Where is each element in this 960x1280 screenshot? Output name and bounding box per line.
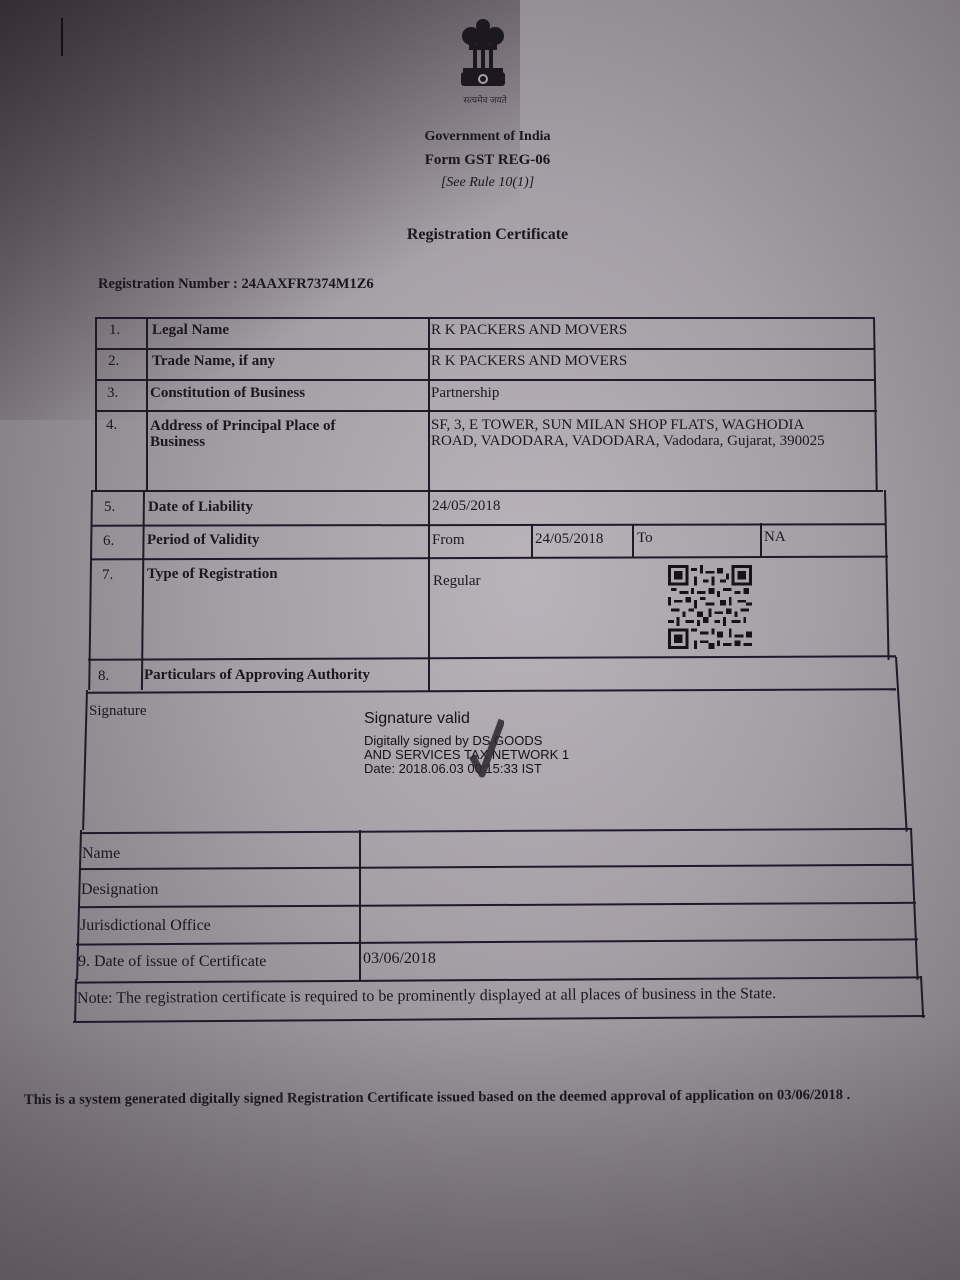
certificate-title: Registration Certificate — [0, 226, 960, 244]
type-of-registration-value: Regular — [433, 573, 480, 590]
validity-to-value: NA — [764, 529, 786, 546]
signature-status: Signature valid — [364, 710, 569, 728]
validity-from-value: 24/05/2018 — [535, 531, 603, 548]
row-number: 6. — [103, 533, 114, 550]
registration-number-label: Registration Number : — [98, 276, 238, 292]
authority-name-label: Name — [82, 845, 120, 863]
address-label-line2: Business — [150, 434, 336, 450]
checkmark-icon — [468, 716, 504, 780]
period-of-validity-label: Period of Validity — [147, 532, 260, 549]
validity-to-label: To — [637, 530, 653, 547]
signature-line3: Date: 2018.06.03 00:15:33 IST — [364, 762, 569, 776]
date-of-liability-value: 24/05/2018 — [432, 498, 500, 515]
address-value-line2: ROAD, VADODARA, VADODARA, Vadodara, Guja… — [431, 433, 825, 449]
row-number: 2. — [108, 353, 119, 370]
display-note: Note: The registration certificate is re… — [77, 985, 776, 1008]
national-emblem-icon — [455, 16, 511, 92]
photo-shadow-bottom — [0, 1020, 960, 1280]
signature-details: Digitally signed by DS GOODS AND SERVICE… — [364, 734, 569, 776]
date-of-issue-value: 03/06/2018 — [363, 950, 436, 968]
digital-signature: Signature valid Digitally signed by DS G… — [364, 710, 569, 776]
address-value: SF, 3, E TOWER, SUN MILAN SHOP FLATS, WA… — [431, 417, 825, 449]
row-number: 8. — [98, 668, 109, 685]
date-of-liability-label: Date of Liability — [148, 499, 253, 516]
row-number: 5. — [104, 499, 115, 516]
legal-name-label: Legal Name — [152, 322, 229, 339]
constitution-label: Constitution of Business — [150, 385, 305, 402]
row-number: 1. — [109, 322, 120, 339]
pen-mark — [61, 18, 63, 56]
qr-code-icon — [667, 565, 753, 649]
registration-number-value: 24AAXFR7374M1Z6 — [242, 276, 374, 292]
system-generated-footer: This is a system generated digitally sig… — [24, 1087, 850, 1109]
trade-name-label: Trade Name, if any — [152, 353, 275, 370]
authority-designation-label: Designation — [81, 881, 158, 899]
national-motto: सत्यमेव जयते — [440, 93, 530, 106]
address-label: Address of Principal Place of Business — [150, 418, 336, 450]
registration-number: Registration Number : 24AAXFR7374M1Z6 — [98, 276, 374, 293]
type-of-registration-label: Type of Registration — [147, 566, 278, 583]
constitution-value: Partnership — [431, 385, 499, 402]
date-of-issue-label: 9. Date of issue of Certificate — [78, 953, 266, 971]
signature-line2: AND SERVICES TAX NETWORK 1 — [364, 748, 569, 762]
legal-name-value: R K PACKERS AND MOVERS — [431, 322, 627, 339]
jurisdictional-office-label: Jurisdictional Office — [80, 917, 211, 935]
trade-name-value: R K PACKERS AND MOVERS — [431, 353, 627, 370]
rule-reference: [See Rule 10(1)] — [0, 175, 960, 191]
government-heading: Government of India — [0, 129, 960, 145]
validity-from-label: From — [432, 532, 465, 549]
form-title: Form GST REG-06 — [0, 152, 960, 169]
signature-label: Signature — [89, 703, 147, 720]
row-number: 4. — [106, 417, 117, 434]
row-number: 3. — [107, 385, 118, 402]
signature-line1: Digitally signed by DS GOODS — [364, 734, 569, 748]
address-value-line1: SF, 3, E TOWER, SUN MILAN SHOP FLATS, WA… — [431, 417, 825, 433]
approving-authority-label: Particulars of Approving Authority — [144, 667, 370, 684]
address-label-line1: Address of Principal Place of — [150, 418, 336, 434]
row-number: 7. — [102, 567, 113, 584]
